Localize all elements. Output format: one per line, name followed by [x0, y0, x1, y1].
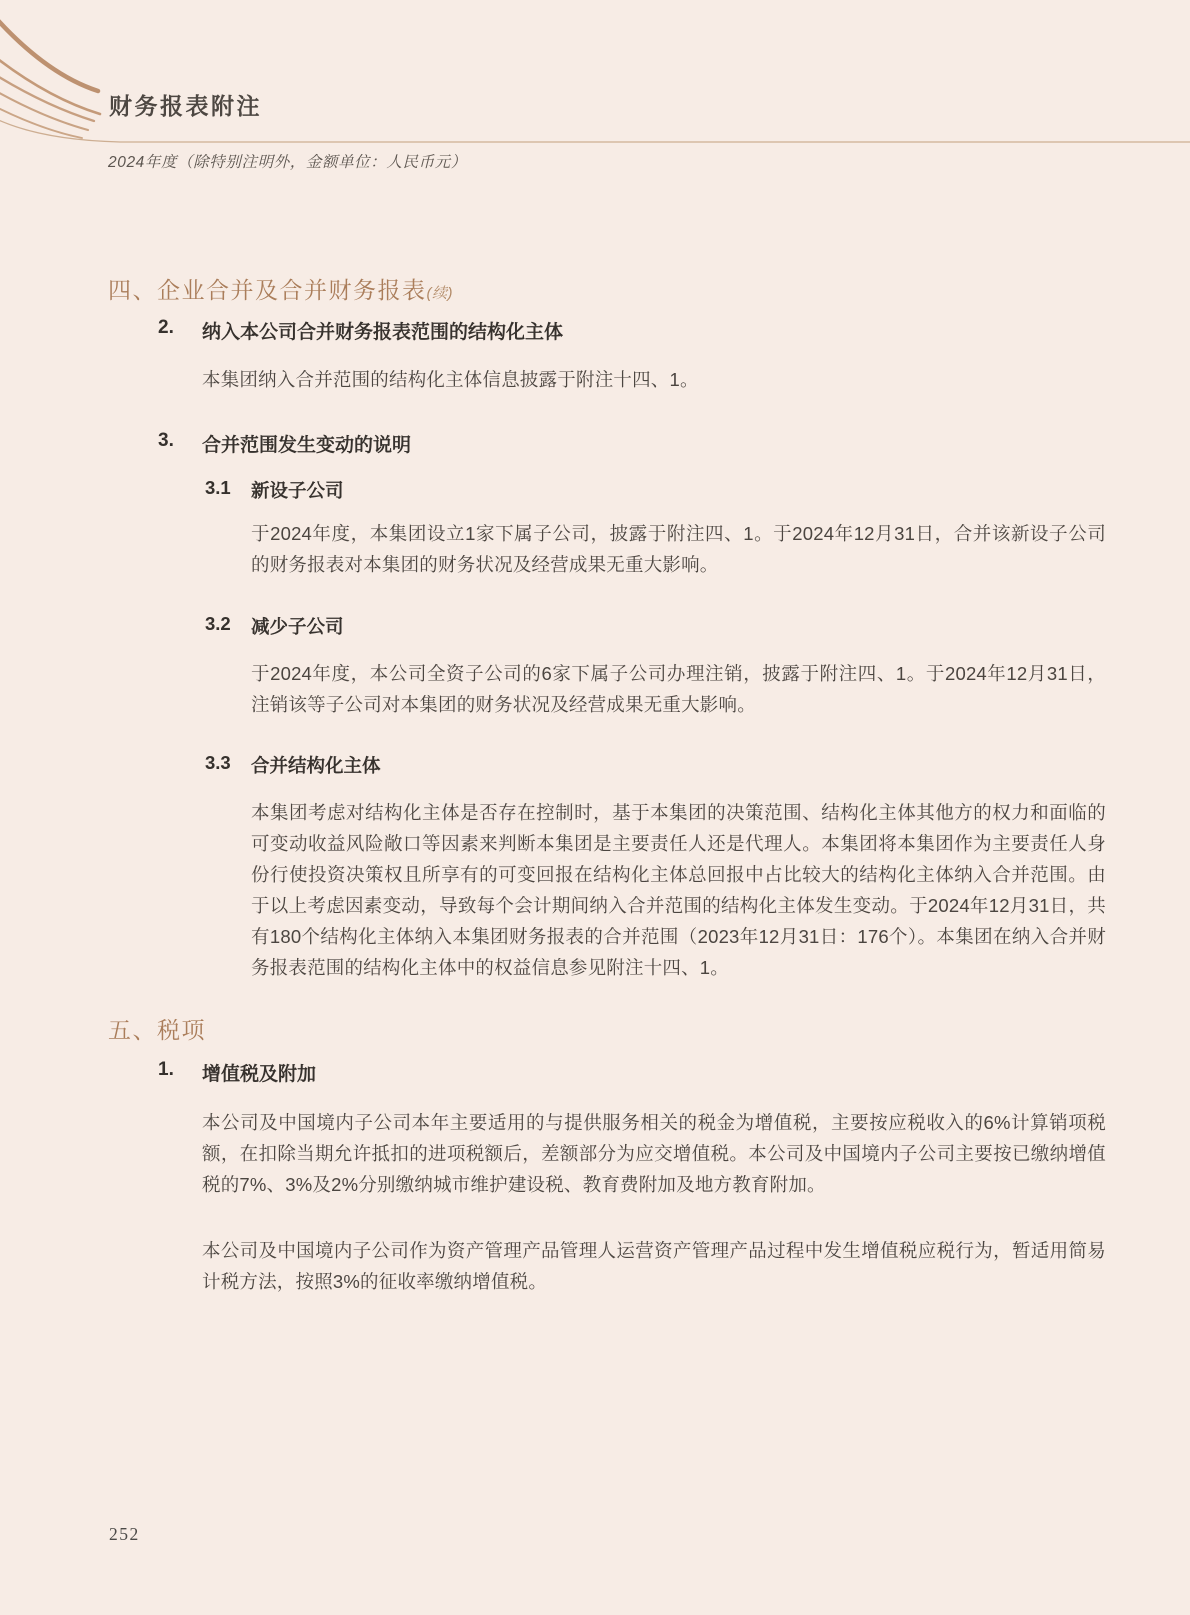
section-5-heading: 五、税项	[108, 1012, 206, 1045]
item-1-heading: 1. 增值税及附加	[158, 1059, 316, 1086]
item-2-body: 本集团纳入合并范围的结构化主体信息披露于附注十四、1。	[202, 364, 1106, 395]
section-4-continued-marker: (续)	[427, 285, 454, 302]
item-3-2-number: 3.2	[205, 613, 251, 639]
page-subtitle: 2024年度（除特别注明外，金额单位：人民币元）	[108, 150, 467, 172]
document-page: 财务报表附注 2024年度（除特别注明外，金额单位：人民币元） 四、企业合并及合…	[0, 0, 1190, 1615]
item-3-1-number: 3.1	[205, 477, 251, 503]
item-3-3-title: 合并结构化主体	[251, 752, 381, 778]
section-4-heading-text: 四、企业合并及合并财务报表	[108, 277, 427, 303]
item-1-title: 增值税及附加	[202, 1059, 316, 1086]
vat-paragraph-2: 本公司及中国境内子公司作为资产管理产品管理人运营资产管理产品过程中发生增值税应税…	[202, 1235, 1106, 1297]
item-3-title: 合并范围发生变动的说明	[202, 430, 411, 457]
item-3-2-body: 于2024年度，本公司全资子公司的6家下属子公司办理注销，披露于附注四、1。于2…	[251, 658, 1106, 720]
item-3-heading: 3. 合并范围发生变动的说明	[158, 430, 411, 457]
item-3-number: 3.	[158, 430, 202, 457]
vat-paragraph-1: 本公司及中国境内子公司本年主要适用的与提供服务相关的税金为增值税，主要按应税收入…	[202, 1107, 1106, 1200]
item-2-number: 2.	[158, 317, 202, 344]
item-2-title: 纳入本公司合并财务报表范围的结构化主体	[202, 317, 563, 344]
item-3-3-number: 3.3	[205, 752, 251, 778]
item-3-3-heading: 3.3 合并结构化主体	[205, 752, 381, 778]
section-4-heading: 四、企业合并及合并财务报表(续)	[108, 272, 453, 305]
section-5-heading-text: 五、税项	[108, 1017, 206, 1043]
page-number: 252	[109, 1524, 140, 1545]
item-3-1-body: 于2024年度，本集团设立1家下属子公司，披露于附注四、1。于2024年12月3…	[251, 518, 1106, 580]
header-divider	[0, 118, 1190, 142]
item-3-3-body: 本集团考虑对结构化主体是否存在控制时，基于本集团的决策范围、结构化主体其他方的权…	[251, 797, 1106, 983]
item-3-2-title: 减少子公司	[251, 613, 344, 639]
item-3-2-heading: 3.2 减少子公司	[205, 613, 344, 639]
item-1-number: 1.	[158, 1059, 202, 1086]
item-3-1-title: 新设子公司	[251, 477, 344, 503]
item-3-1-heading: 3.1 新设子公司	[205, 477, 344, 503]
page-title: 财务报表附注	[109, 88, 262, 121]
item-2-heading: 2. 纳入本公司合并财务报表范围的结构化主体	[158, 317, 563, 344]
